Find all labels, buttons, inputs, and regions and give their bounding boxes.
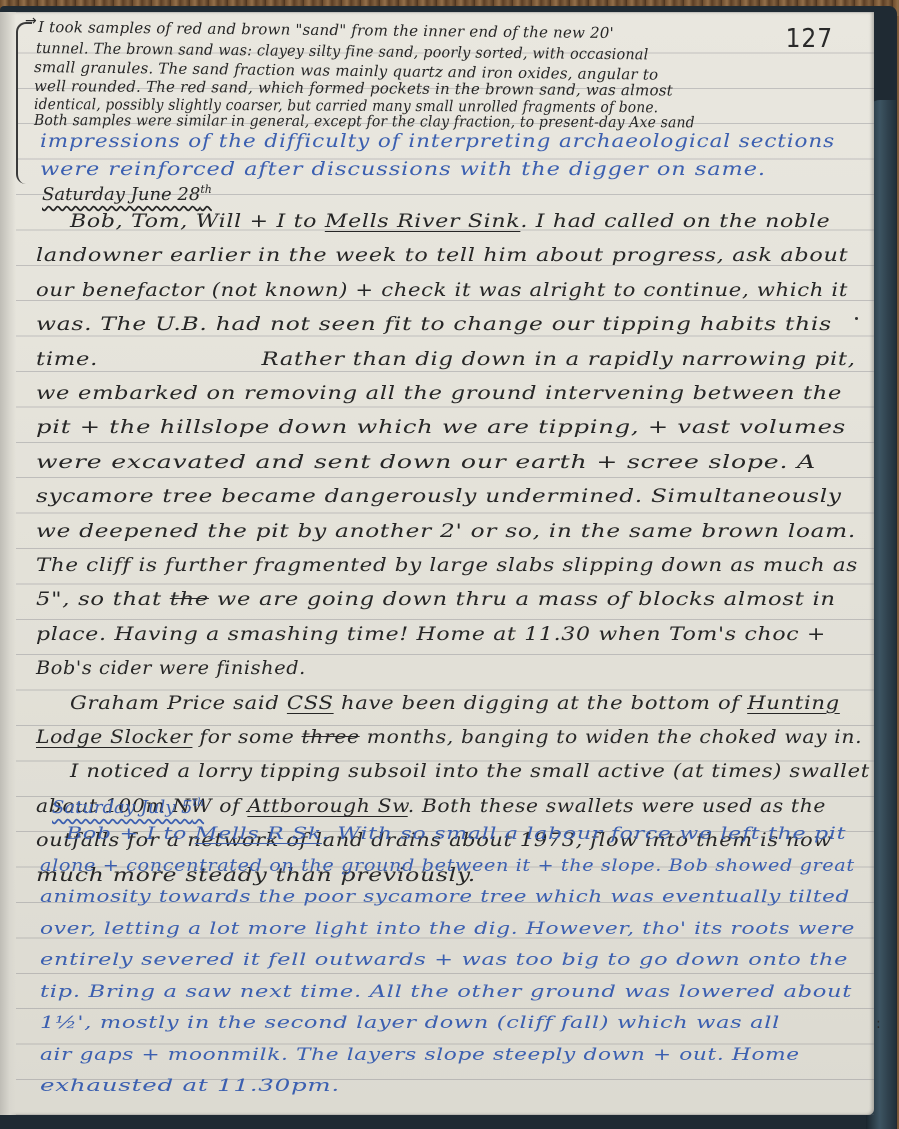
text-segment: pit + the hillslope down which we are ti… bbox=[36, 416, 846, 438]
handwritten-line: exhausted at 11.30pm. bbox=[40, 1076, 340, 1095]
text-segment: The cliff is further fragmented by large… bbox=[36, 554, 858, 576]
text-segment: entirely severed it fell outwards + was … bbox=[40, 950, 848, 969]
handwritten-line: tip. Bring a saw next time. All the othe… bbox=[40, 982, 852, 1001]
underlined-place-name: Mells R Sk bbox=[195, 824, 322, 843]
ink-dot bbox=[855, 317, 858, 320]
handwritten-line: Bob + I to Mells R Sk. With so small a l… bbox=[66, 824, 846, 843]
text-segment: sycamore tree became dangerously undermi… bbox=[36, 485, 842, 507]
underlined-place-name: CSS bbox=[287, 692, 334, 714]
text-segment: I noticed a lorry tipping subsoil into t… bbox=[70, 760, 870, 782]
handwritten-line: we deepened the pit by another 2' or so,… bbox=[36, 520, 856, 542]
handwritten-line: Lodge Slocker for some three months, ban… bbox=[36, 726, 862, 748]
text-segment: tip. Bring a saw next time. All the othe… bbox=[40, 982, 852, 1001]
text-segment: we are going down thru a mass of blocks … bbox=[209, 588, 836, 610]
text-segment: over, letting a lot more light into the … bbox=[40, 919, 855, 938]
handwritten-line: were excavated and sent down our earth +… bbox=[36, 451, 816, 473]
text-segment: time. bbox=[36, 348, 98, 370]
handwritten-line: over, letting a lot more light into the … bbox=[40, 919, 855, 938]
text-segment: Bob's cider were finished. bbox=[36, 657, 306, 679]
page-gutter bbox=[0, 12, 16, 1115]
blue-note-line: were reinforced after discussions with t… bbox=[40, 158, 766, 180]
crossed-out-word: the bbox=[170, 588, 209, 610]
handwritten-line: I noticed a lorry tipping subsoil into t… bbox=[70, 760, 870, 782]
handwritten-line: our benefactor (not known) + check it wa… bbox=[36, 279, 848, 301]
handwritten-line: 1½', mostly in the second layer down (cl… bbox=[40, 1013, 780, 1032]
entry-date-heading: Saturday July 5th bbox=[52, 796, 204, 818]
underlined-place-name: Attborough Sw bbox=[247, 795, 407, 817]
handwritten-line: sycamore tree became dangerously undermi… bbox=[36, 485, 842, 507]
text-segment: Bob, Tom, Will + I to bbox=[70, 210, 325, 232]
text-segment: air gaps + moonmilk. The layers slope st… bbox=[40, 1045, 800, 1064]
text-segment: Graham Price said bbox=[70, 692, 287, 714]
text-segment: were excavated and sent down our earth +… bbox=[36, 451, 816, 473]
insert-bracket-mark bbox=[16, 22, 32, 184]
text-segment: 5", so that bbox=[36, 588, 170, 610]
entry-date: Saturday June 28 bbox=[42, 184, 200, 205]
handwritten-line: Bob, Tom, Will + I to Mells River Sink. … bbox=[70, 210, 830, 232]
crossed-out-word: three bbox=[302, 726, 360, 748]
text-segment: place. Having a smashing time! Home at 1… bbox=[36, 623, 826, 645]
entry-date-heading: Saturday June 28th bbox=[42, 183, 212, 205]
text-segment: exhausted at 11.30pm. bbox=[40, 1076, 340, 1095]
text-segment: landowner earlier in the week to tell hi… bbox=[36, 244, 848, 266]
insert-arrow-icon: → bbox=[25, 13, 37, 29]
handwritten-line: Bob's cider were finished. bbox=[36, 657, 306, 679]
margin-colon-mark: : bbox=[876, 1016, 881, 1032]
page-number: 127 bbox=[786, 24, 833, 54]
handwritten-line: The cliff is further fragmented by large… bbox=[36, 554, 858, 576]
underlined-place-name: Mells River Sink bbox=[325, 210, 521, 232]
text-segment: have been digging at the bottom of bbox=[334, 692, 748, 714]
handwritten-line: 5", so that the we are going down thru a… bbox=[36, 588, 836, 610]
handwritten-line: was. The U.B. had not seen fit to change… bbox=[36, 313, 832, 335]
text-segment: . I had called on the noble bbox=[520, 210, 830, 232]
text-segment: Bob + I to bbox=[66, 824, 195, 843]
text-segment: we deepened the pit by another 2' or so,… bbox=[36, 520, 856, 542]
text-segment: our benefactor (not known) + check it wa… bbox=[36, 279, 848, 301]
insert-note-line: Both samples were similar in general, ex… bbox=[34, 111, 695, 131]
handwritten-line: air gaps + moonmilk. The layers slope st… bbox=[40, 1045, 800, 1064]
text-segment: for some bbox=[192, 726, 301, 748]
handwritten-line: entirely severed it fell outwards + was … bbox=[40, 950, 848, 969]
text-segment: was. The U.B. had not seen fit to change… bbox=[36, 313, 832, 335]
handwritten-line: landowner earlier in the week to tell hi… bbox=[36, 244, 848, 266]
entry-date: Saturday July 5 bbox=[52, 797, 193, 818]
handwritten-line: place. Having a smashing time! Home at 1… bbox=[36, 623, 826, 645]
blue-note-line: impressions of the difficulty of interpr… bbox=[40, 130, 835, 152]
text-segment: months, banging to widen the choked way … bbox=[360, 726, 863, 748]
underlined-place-name: Lodge Slocker bbox=[36, 726, 192, 748]
handwritten-line: we embarked on removing all the ground i… bbox=[36, 382, 842, 404]
text-segment: animosity towards the poor sycamore tree… bbox=[40, 887, 850, 906]
text-segment: we embarked on removing all the ground i… bbox=[36, 382, 842, 404]
text-segment: . Both these swallets were used as the bbox=[408, 795, 826, 817]
text-segment bbox=[98, 348, 262, 370]
text-segment: 1½', mostly in the second layer down (cl… bbox=[40, 1013, 780, 1032]
handwritten-line: animosity towards the poor sycamore tree… bbox=[40, 887, 850, 906]
handwritten-line: time. Rather than dig down in a rapidly … bbox=[36, 348, 856, 370]
date-suffix: th bbox=[193, 796, 205, 809]
handwritten-line: Graham Price said CSS have been digging … bbox=[70, 692, 840, 714]
handwritten-line: pit + the hillslope down which we are ti… bbox=[36, 416, 846, 438]
date-suffix: th bbox=[200, 183, 212, 196]
text-segment: . With so small a labour force we left t… bbox=[322, 824, 846, 843]
handwritten-line: alone + concentrated on the ground betwe… bbox=[40, 856, 855, 875]
text-segment: Rather than dig down in a rapidly narrow… bbox=[262, 348, 856, 370]
text-segment: alone + concentrated on the ground betwe… bbox=[40, 856, 855, 875]
underlined-place-name: Hunting bbox=[747, 692, 840, 714]
